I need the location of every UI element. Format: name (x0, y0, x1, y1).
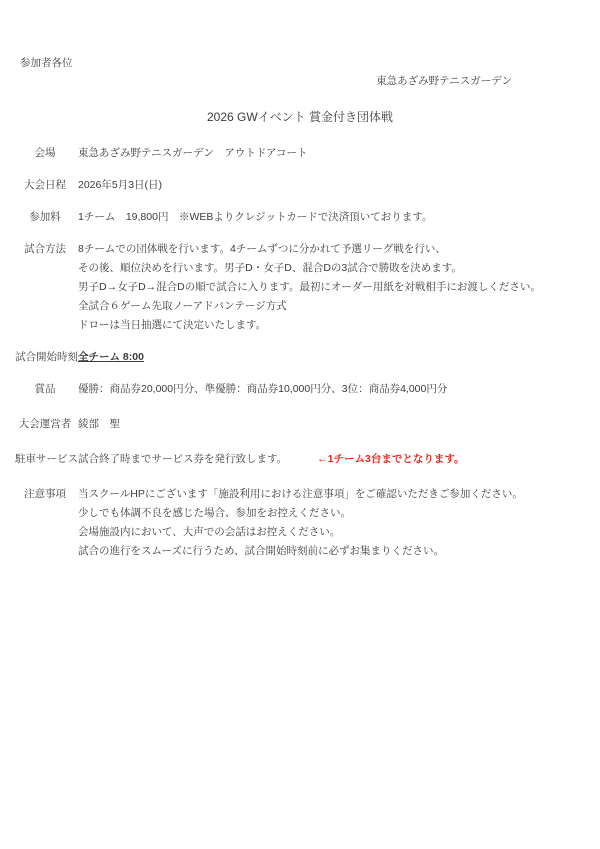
content-line: 会場施設内において、大声での会話はお控えください。 (78, 523, 585, 542)
section-label: 参加料 (15, 208, 75, 227)
section-content: 当スクールHPにございます「施設利用における注意事項」をご確認いただきご参加くだ… (78, 485, 585, 561)
section-entry-fee: 参加料 1チーム 19,800円 ※WEBよりクレジットカードで決済頂いておりま… (15, 208, 585, 227)
start-time-emphasis: 全チーム 8:00 (78, 351, 144, 363)
section-label: 賞品 (15, 380, 75, 399)
content-line: 2026年5月3日(日) (78, 176, 585, 195)
section-content: 綾部 聖 (78, 415, 585, 434)
content-line: 試合終了時までサービス券を発行致します。 (78, 453, 287, 465)
content-line: その後、順位決めを行います。男子D・女子D、混合Dの3試合で勝敗を決めます。 (78, 259, 585, 278)
content-line: 男子D→女子D→混合Dの順で試合に入ります。最初にオーダー用紙を対戦相手にお渡し… (78, 278, 585, 297)
document-page: 参加者各位 東急あざみ野テニスガーデン 2026 GWイベント 賞金付き団体戦 … (0, 0, 600, 849)
section-content: 東急あざみ野テニスガーデン アウトドアコート (78, 144, 585, 163)
section-content: 8チームでの団体戦を行います。4チームずつに分かれて予選リーグ戦を行い、 その後… (78, 240, 585, 335)
section-date: 大会日程 2026年5月3日(日) (15, 176, 585, 195)
addressee: 参加者各位 (20, 55, 585, 71)
content-line: 8チームでの団体戦を行います。4チームずつに分かれて予選リーグ戦を行い、 (78, 240, 585, 259)
section-content: 1チーム 19,800円 ※WEBよりクレジットカードで決済頂いております。 (78, 208, 585, 227)
content-line: 全試合６ゲーム先取ノーアドバンテージ方式 (78, 297, 585, 316)
content-line: 綾部 聖 (78, 415, 585, 434)
parking-limit-note: ←1チーム3台までとなります。 (317, 453, 464, 465)
content-line: 1チーム 19,800円 ※WEBよりクレジットカードで決済頂いております。 (78, 208, 585, 227)
content-line: 優勝：商品券20,000円分、準優勝：商品券10,000円分、3位：商品券4,0… (78, 380, 585, 399)
section-venue: 会場 東急あざみ野テニスガーデン アウトドアコート (15, 144, 585, 163)
section-start-time: 試合開始時刻 全チーム 8:00 (15, 348, 585, 367)
section-parking: 駐車サービス 試合終了時までサービス券を発行致します。←1チーム3台までとなりま… (15, 450, 585, 469)
section-label: 試合方法 (15, 240, 75, 259)
document-title: 2026 GWイベント 賞金付き団体戦 (15, 108, 585, 126)
section-organizer: 大会運営者 綾部 聖 (15, 415, 585, 434)
section-notes: 注意事項 当スクールHPにございます「施設利用における注意事項」をご確認いただき… (15, 485, 585, 561)
section-label: 会場 (15, 144, 75, 163)
section-content: 2026年5月3日(日) (78, 176, 585, 195)
section-content: 優勝：商品券20,000円分、準優勝：商品券10,000円分、3位：商品券4,0… (78, 380, 585, 399)
section-label: 大会日程 (15, 176, 75, 195)
section-prizes: 賞品 優勝：商品券20,000円分、準優勝：商品券10,000円分、3位：商品券… (15, 380, 585, 399)
section-content: 全チーム 8:00 (78, 348, 585, 367)
content-line: 当スクールHPにございます「施設利用における注意事項」をご確認いただきご参加くだ… (78, 485, 585, 504)
content-line: 東急あざみ野テニスガーデン アウトドアコート (78, 144, 585, 163)
section-content: 試合終了時までサービス券を発行致します。←1チーム3台までとなります。 (78, 450, 585, 469)
section-label: 大会運営者 (15, 415, 75, 434)
organization-name: 東急あざみ野テニスガーデン (15, 73, 585, 89)
section-label: 注意事項 (15, 485, 75, 504)
content-line: ドローは当日抽選にて決定いたします。 (78, 316, 585, 335)
content-line: 試合の進行をスムーズに行うため、試合開始時刻前に必ずお集まりください。 (78, 542, 585, 561)
section-label: 試合開始時刻 (15, 348, 75, 367)
content-line: 少しでも体調不良を感じた場合、参加をお控えください。 (78, 504, 585, 523)
section-label: 駐車サービス (15, 450, 75, 469)
section-match-format: 試合方法 8チームでの団体戦を行います。4チームずつに分かれて予選リーグ戦を行い… (15, 240, 585, 335)
